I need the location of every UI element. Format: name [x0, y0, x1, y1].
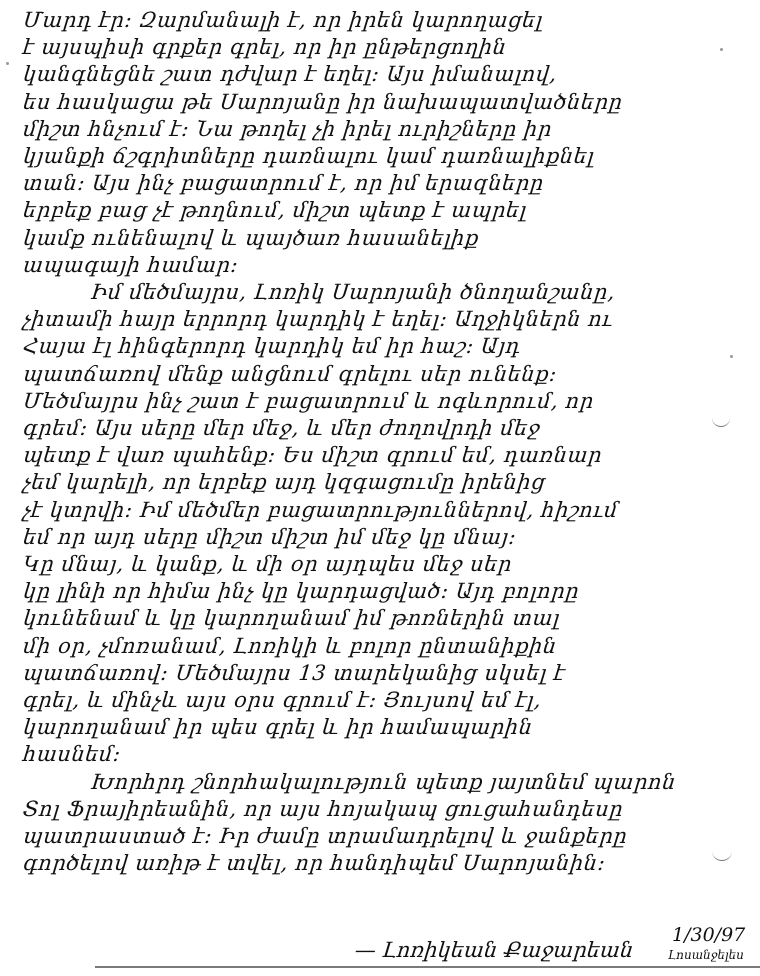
handwritten-letter-page: Մարդ էր։ Զարմանալի է, որ իրեն կարողացելէ…	[0, 0, 760, 976]
handwritten-line: կունենամ և կը կարողանամ իմ թոռներին տալ	[22, 606, 561, 630]
handwritten-line: չէ կտրվի։ Իմ մեծմեր բացատրություններով, …	[22, 498, 619, 522]
handwritten-line: Կը մնայ, և կանք, և մի օր այդպես մեջ սեր	[22, 552, 513, 576]
handwritten-line: ես հասկացա թե Սարոյանը իր նախապատվածները	[22, 90, 624, 114]
handwritten-line: Մեծմայրս ինչ շատ է բացատրում և ոգևորում,…	[22, 389, 595, 413]
handwritten-line: գրել, և մինչև այս օրս գրում է։ Յույսով ե…	[22, 688, 543, 712]
handwritten-line: գործելով առիթ է տվել, որ հանդիպեմ Սարոյա…	[22, 851, 607, 875]
handwritten-line: կարողանամ իր պես գրել և իր համապարին	[22, 715, 534, 739]
handwritten-line: Մարդ էր։ Զարմանալի է, որ իրեն կարողացել	[22, 8, 544, 32]
handwritten-line: կամք ունենալով և պայծառ հասանելիք	[22, 226, 480, 250]
signature: — Լոռիկեան Քաջարեան	[354, 938, 635, 962]
handwritten-line: պետք է վառ պահենք։ Ես միշտ գրում եմ, դառ…	[22, 443, 603, 467]
handwritten-line: չեմ կարելի, որ երբեք այդ կզգացումը իրենի…	[22, 470, 547, 494]
handwritten-line: Հայա էլ հինգերորդ կարդիկ եմ իր հաշ։ Այդ	[22, 334, 522, 358]
handwritten-line: երբեք բաց չէ թողնում, միշտ պետք է ապրել	[22, 198, 528, 222]
handwritten-line: միշտ հնչում է։ Նա թողել չի իրել ուրիշներ…	[22, 117, 553, 141]
handwritten-line: հասնեմ։	[22, 742, 122, 766]
handwritten-line: չիտամի հայր երրորդ կարդիկ է եղել։ Աղջիկն…	[22, 307, 614, 331]
scan-speck	[6, 62, 9, 65]
handwritten-line: եմ որ այդ սերը միշտ միշտ իմ մեջ կը մնայ։	[22, 525, 518, 549]
handwritten-line: պատճառով մենք անցնում գրելու սեր ունենք։	[22, 362, 558, 386]
bottom-edge-line	[95, 966, 760, 968]
handwritten-line: Իմ մեծմայրս, Լոռիկ Սարոյանի ծնողանշանը,	[90, 280, 616, 304]
handwritten-line: պատճառով։ Մեծմայրս 13 տարեկանից սկսել է	[22, 661, 567, 685]
handwritten-line: Տոլ Ֆրայիրեանին, որ այս հոյակապ ցուցահան…	[22, 797, 624, 821]
scan-mark	[712, 418, 730, 427]
date-location-note: Լոսանջելես	[668, 948, 744, 962]
handwritten-line: կը լինի որ հիմա ինչ կը կարդացված։ Այդ բո…	[22, 579, 580, 603]
letter-date: 1/30/97	[672, 924, 745, 946]
handwritten-line: տան։ Այս ինչ բացատրում է, որ իմ երազները	[22, 171, 545, 195]
handwritten-line: է այսպիսի գրքեր գրել, որ իր ընթերցողին	[22, 35, 508, 59]
handwritten-line: պատրաստած է։ Իր ժամը տրամադրելով և ջանքե…	[22, 824, 629, 848]
scan-speck	[730, 355, 733, 358]
scan-speck	[720, 48, 723, 51]
handwritten-line: գրեմ։ Այս սերը մեր մեջ, և մեր ժողովրդի մ…	[22, 416, 542, 440]
scan-mark	[712, 850, 732, 861]
handwritten-line: Խորհրդ շնորհակալություն պետք յայտնեմ պար…	[90, 770, 677, 794]
handwritten-line: մի օր, չմոռանամ, Լոռիկի և բոլոր ընտանիքի…	[22, 634, 558, 658]
handwritten-line: ապագայի համար։	[22, 253, 240, 277]
handwritten-line: կյանքի ճշգրիտները դառնալու կամ դառնալիքն…	[22, 144, 596, 168]
handwritten-line: կանգնեցնե շատ դժվար է եղել։ Այս իմանալով…	[22, 62, 558, 86]
